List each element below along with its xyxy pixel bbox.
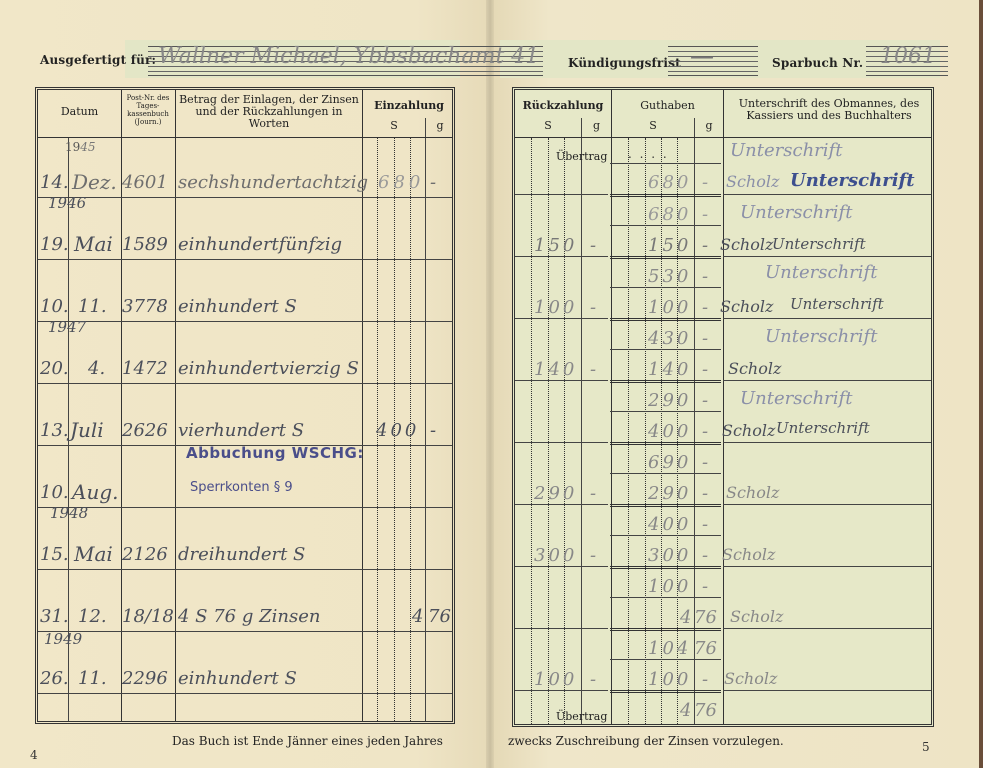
row-1-signature: Scholz: [720, 235, 773, 254]
dot-line: [564, 138, 565, 724]
row-1-balance-top-g: -: [702, 204, 708, 225]
book-gutter: [486, 0, 494, 768]
row-1-officer-signature: Unterschrift: [740, 202, 852, 223]
balance-row-line: [610, 194, 721, 197]
row-5-day: 10.: [40, 482, 69, 503]
row-2-balance-bottom-g: -: [702, 297, 708, 318]
row-8-day: 26.: [40, 668, 69, 689]
header-deposit-g: g: [426, 120, 454, 132]
row-5-balance-top-s: 690: [648, 452, 691, 473]
row-line: [38, 507, 452, 508]
balance-row-line: [610, 442, 721, 445]
row-1-post-no: 1589: [122, 234, 168, 255]
row-2-balance-top-g: -: [702, 266, 708, 287]
row-4-cosign: Unterschrift: [776, 419, 870, 437]
row-8-words: einhundert S: [178, 668, 297, 689]
row-8-year: 1949: [44, 630, 82, 648]
row-2-balance-bottom-s: 100: [648, 297, 691, 318]
header-balance: Guthaben: [612, 100, 723, 112]
issued-for-value: Wallner Michael, Ybbsbachamt 41: [158, 44, 539, 69]
balance-row-line: [610, 318, 721, 321]
row-6-withdrawal-s: 300: [534, 545, 577, 566]
row-8-balance-bottom-s: 100: [648, 669, 691, 690]
row-4-deposit-s: 400: [376, 420, 419, 441]
balance-half-line: [610, 287, 721, 288]
row-3-officer-signature: Unterschrift: [765, 326, 877, 347]
row-4-balance-top-s: 290: [648, 390, 691, 411]
row-4-balance-bottom-g: -: [702, 421, 708, 442]
row-4-day: 13.: [40, 420, 69, 441]
row-3-balance-top-s: 430: [648, 328, 691, 349]
withdrawal-row-line: [515, 442, 608, 443]
issued-for-label: Ausgefertigt für:: [40, 53, 156, 67]
header-divider: [515, 137, 931, 138]
row-3-year: 1947: [48, 318, 86, 336]
notice-period-value: —: [690, 42, 714, 70]
row-line: [38, 197, 452, 198]
row-2-post-no: 3778: [122, 296, 168, 317]
signature-row-line: [723, 566, 931, 567]
row-8-withdrawal-g: -: [590, 669, 596, 690]
signature-row-line: [723, 256, 931, 257]
withdrawal-row-line: [515, 566, 608, 567]
signature-row-line: [723, 380, 931, 381]
row-line: [38, 693, 452, 694]
row-7-balance-top-s: 100: [648, 576, 691, 597]
header-deposit-s: S: [363, 120, 425, 132]
row-4-deposit-g: -: [430, 420, 436, 441]
row-1-words: einhundertfünfzig: [178, 234, 342, 255]
signature-row-line: [723, 442, 931, 443]
row-1-withdrawal-s: 150: [534, 235, 577, 256]
row-4-balance-bottom-s: 400: [648, 421, 691, 442]
balance-half-line: [610, 535, 721, 536]
row-8-post-no: 2296: [122, 668, 168, 689]
row-3-balance-top-g: -: [702, 328, 708, 349]
row-1-day: 19.: [40, 234, 69, 255]
row-7-post-no: 18/18: [122, 606, 174, 627]
balance-half-line: [610, 163, 721, 164]
row-7-month: 12.: [78, 606, 107, 627]
withdrawal-row-line: [515, 318, 608, 319]
row-2-words: einhundert S: [178, 296, 297, 317]
row-3-post-no: 1472: [122, 358, 168, 379]
withdrawal-row-line: [515, 690, 608, 691]
year-printed: 1945: [65, 140, 96, 154]
row-7-balance-top-g: -: [702, 576, 708, 597]
final-balance-g: 76: [694, 700, 717, 721]
row-0-signature: Scholz: [726, 172, 779, 191]
row-3-signature: Scholz: [728, 359, 781, 378]
row-2-day: 10.: [40, 296, 69, 317]
row-7-balance-bottom-s: 4: [680, 607, 691, 628]
row-1-year: 1946: [48, 194, 86, 212]
signature-row-line: [723, 194, 931, 195]
row-0-balance-bottom-s: 680: [648, 172, 691, 193]
row-2-withdrawal-s: 100: [534, 297, 577, 318]
withdrawal-row-line: [515, 194, 608, 195]
signature-row-line: [723, 504, 931, 505]
row-7-signature: Scholz: [730, 607, 783, 626]
row-line: [38, 569, 452, 570]
row-2-balance-top-s: 530: [648, 266, 691, 287]
carry-over-bottom: Übertrag: [556, 710, 607, 723]
right-page-number: 5: [922, 740, 930, 754]
balance-half-line: [610, 659, 721, 660]
balance-row-line: [610, 504, 721, 507]
row-6-words: dreihundert S: [178, 544, 305, 565]
row-1-month: Mai: [74, 232, 113, 256]
header-divider: [38, 137, 452, 138]
header-signature: Unterschrift des Obmannes, des Kassiers …: [727, 98, 931, 122]
row-7-deposit-g: 76: [428, 606, 451, 627]
balance-half-line: [610, 597, 721, 598]
row-2-cosign: Unterschrift: [790, 295, 884, 313]
col-line: [425, 138, 426, 721]
row-6-balance-bottom-g: -: [702, 545, 708, 566]
row-8-month: 11.: [78, 668, 107, 689]
row-4-post-no: 2626: [122, 420, 168, 441]
balance-row-line: [610, 628, 721, 631]
balance-row-line: [610, 256, 721, 259]
row-2-withdrawal-g: -: [590, 297, 596, 318]
row-4-balance-top-g: -: [702, 390, 708, 411]
row-1-withdrawal-g: -: [590, 235, 596, 256]
left-footer-text: Das Buch ist Ende Jänner eines jeden Jah…: [172, 734, 443, 748]
signature-row-line: [723, 318, 931, 319]
row-8-balance-top-s: 104: [648, 638, 691, 659]
row-3-balance-bottom-s: 140: [648, 359, 691, 380]
row-4-month: Juli: [70, 418, 104, 442]
row-7-words: 4 S 76 g Zinsen: [178, 606, 320, 627]
dot-line: [531, 138, 532, 724]
row-0-balance-top-s: . . . .: [628, 147, 669, 161]
row-0-post-no: 4601: [122, 172, 168, 193]
withdrawal-row-line: [515, 256, 608, 257]
col-line: [694, 118, 695, 724]
row-5-withdrawal-s: 290: [534, 483, 577, 504]
passbook-number-label: Sparbuch Nr.: [772, 56, 863, 70]
row-0-officer-signature: Unterschrift: [730, 140, 842, 161]
header-balance-g: g: [695, 120, 723, 132]
dot-line: [548, 138, 549, 724]
row-1-cosign: Unterschrift: [772, 235, 866, 253]
header-deposit: Einzahlung: [363, 100, 455, 112]
balance-half-line: [610, 411, 721, 412]
row-line: [38, 383, 452, 384]
notice-period-label: Kündigungsfrist: [568, 56, 681, 70]
balance-row-line: [610, 380, 721, 383]
row-7-deposit-s: 4: [412, 606, 423, 627]
row-7-balance-bottom-g: 76: [694, 607, 717, 628]
stamp-line-2: Sperrkonten § 9: [190, 480, 293, 495]
row-4-words: vierhundert S: [178, 420, 304, 441]
row-5-month: Aug.: [72, 480, 118, 504]
col-line: [581, 118, 582, 724]
row-8-withdrawal-s: 100: [534, 669, 577, 690]
balance-row-line: [610, 690, 721, 693]
row-6-signature: Scholz: [722, 545, 775, 564]
row-0-balance-bottom-g: -: [702, 172, 708, 193]
row-2-officer-signature: Unterschrift: [765, 262, 877, 283]
row-0-deposit-s: 680: [378, 172, 424, 193]
row-3-withdrawal-s: 140: [534, 359, 577, 380]
book-edge: [979, 0, 983, 768]
row-5-balance-top-g: -: [702, 452, 708, 473]
row-3-month: 4.: [88, 358, 105, 379]
row-line: [38, 631, 452, 632]
balance-row-line: [610, 566, 721, 569]
row-4-signature: Scholz: [722, 421, 775, 440]
row-line: [38, 259, 452, 260]
row-6-post-no: 2126: [122, 544, 168, 565]
row-7-day: 31.: [40, 606, 69, 627]
row-3-balance-bottom-g: -: [702, 359, 708, 380]
withdrawal-row-line: [515, 504, 608, 505]
row-8-balance-top-g: 76: [694, 638, 717, 659]
row-0-deposit-g: -: [430, 172, 436, 193]
row-1-balance-bottom-g: -: [702, 235, 708, 256]
row-2-signature: Scholz: [720, 297, 773, 316]
col-line: [175, 90, 176, 721]
row-6-balance-bottom-s: 300: [648, 545, 691, 566]
final-balance-s: 4: [680, 700, 691, 721]
withdrawal-row-line: [515, 380, 608, 381]
row-6-day: 15.: [40, 544, 69, 565]
header-withdrawal: Rückzahlung: [515, 100, 611, 112]
row-6-balance-top-s: 400: [648, 514, 691, 535]
row-3-words: einhundertvierzig S: [178, 358, 359, 379]
row-8-balance-bottom-g: -: [702, 669, 708, 690]
row-6-balance-top-g: -: [702, 514, 708, 535]
row-1-balance-bottom-s: 150: [648, 235, 691, 256]
row-6-year: 1948: [50, 504, 88, 522]
row-5-signature: Scholz: [726, 483, 779, 502]
row-3-day: 20.: [40, 358, 69, 379]
row-2-month: 11.: [78, 296, 107, 317]
signature-row-line: [723, 628, 931, 629]
header-withdrawal-s: S: [515, 120, 581, 132]
row-0-cosign: Unterschrift: [790, 170, 915, 191]
passbook-number-value: 1061: [880, 44, 936, 69]
balance-half-line: [610, 225, 721, 226]
carry-over-top: Übertrag: [556, 150, 607, 163]
row-8-signature: Scholz: [724, 669, 777, 688]
row-0-day: 14.: [40, 172, 69, 193]
header-date: Datum: [38, 106, 121, 118]
signature-row-line: [723, 690, 931, 691]
row-6-withdrawal-g: -: [590, 545, 596, 566]
stamp-line-1: Abbuchung WSCHG:: [186, 444, 364, 462]
balance-half-line: [610, 349, 721, 350]
row-5-balance-bottom-s: 290: [648, 483, 691, 504]
row-5-balance-bottom-g: -: [702, 483, 708, 504]
header-post-no: Post-Nr. des Tages-kassenbuch (Journ.): [122, 94, 174, 126]
row-4-officer-signature: Unterschrift: [740, 388, 852, 409]
row-5-withdrawal-g: -: [590, 483, 596, 504]
row-3-withdrawal-g: -: [590, 359, 596, 380]
row-6-month: Mai: [74, 542, 113, 566]
header-amount-words: Betrag der Einlagen, der Zinsen und der …: [176, 94, 362, 130]
balance-half-line: [610, 473, 721, 474]
row-1-balance-top-s: 680: [648, 204, 691, 225]
row-0-words: sechshundertachtzig: [178, 172, 368, 193]
left-page-number: 4: [30, 748, 38, 762]
row-line: [38, 321, 452, 322]
header-balance-s: S: [612, 120, 694, 132]
withdrawal-row-line: [515, 628, 608, 629]
header-withdrawal-g: g: [582, 120, 611, 132]
row-0-month: Dez.: [72, 170, 117, 194]
right-footer-text: zwecks Zuschreibung der Zinsen vorzulege…: [508, 734, 784, 748]
